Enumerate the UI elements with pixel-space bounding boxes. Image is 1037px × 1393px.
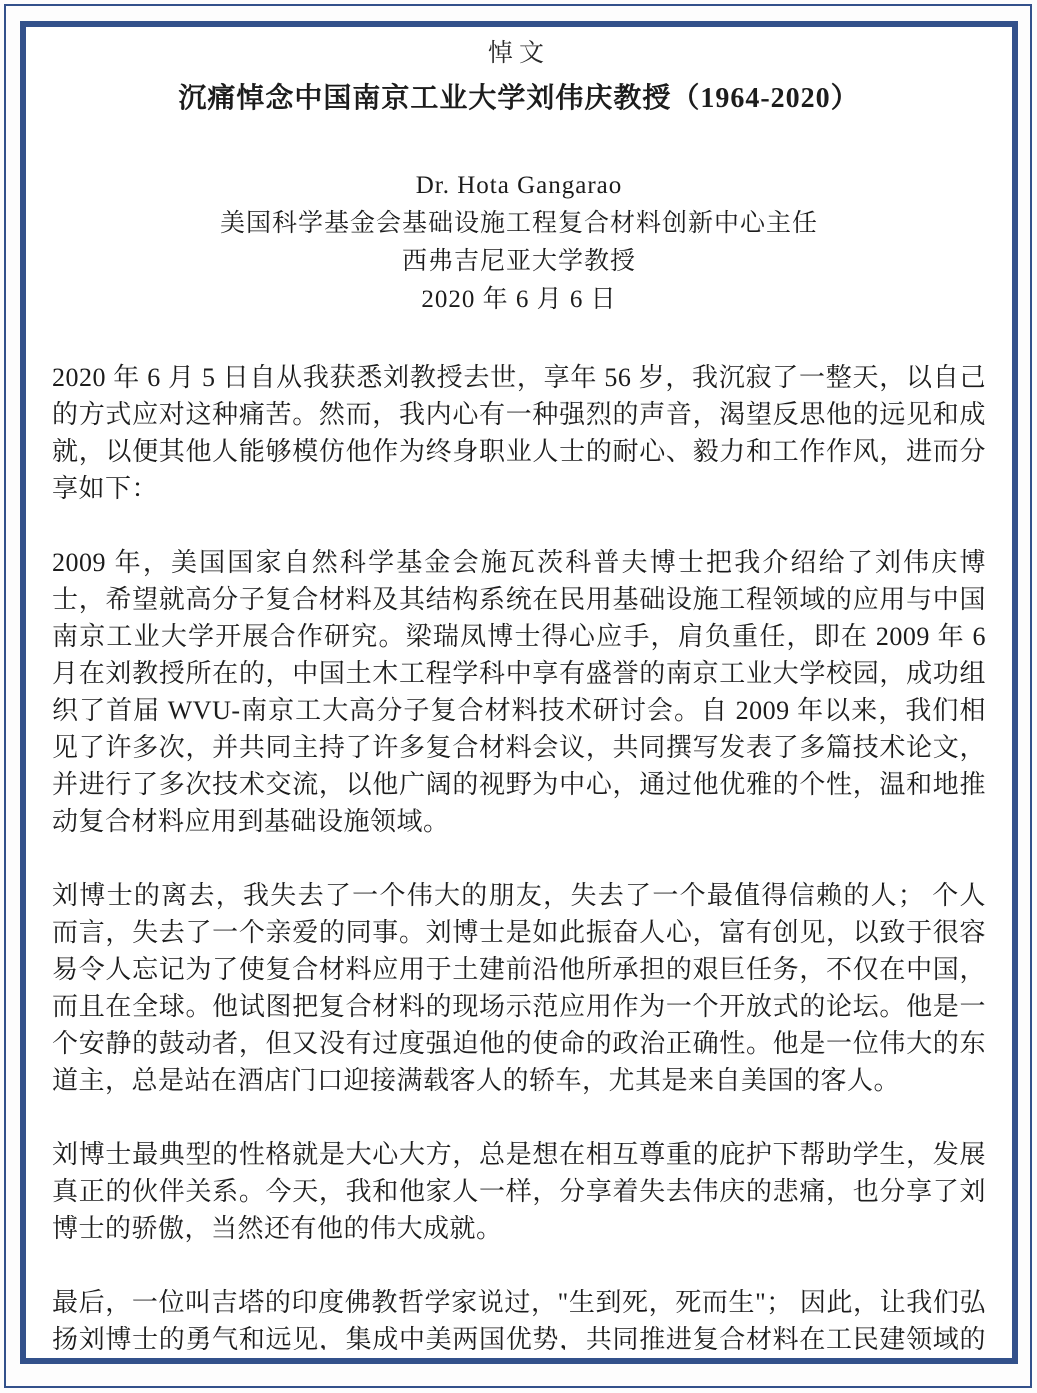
body-text: 2020 年 6 月 5 日自从我获悉刘教授去世，享年 56 岁，我沉寂了一整天… <box>52 359 986 1350</box>
memorial-document-page: { "page": { "border_color": "#33518b" },… <box>0 0 1037 1393</box>
document-content: 悼文 沉痛悼念中国南京工业大学刘伟庆教授（1964-2020） Dr. Hota… <box>52 35 986 1350</box>
body-paragraph-2: 2009 年，美国国家自然科学基金会施瓦茨科普夫博士把我介绍给了刘伟庆博士，希望… <box>52 544 986 840</box>
body-paragraph-4: 刘博士最典型的性格就是大心大方，总是想在相互尊重的庇护下帮助学生，发展真正的伙伴… <box>52 1136 986 1247</box>
document-type-label: 悼文 <box>52 35 986 73</box>
byline-block: Dr. Hota Gangarao 美国科学基金会基础设施工程复合材料创新中心主… <box>52 167 986 319</box>
body-paragraph-1: 2020 年 6 月 5 日自从我获悉刘教授去世，享年 56 岁，我沉寂了一整天… <box>52 359 986 507</box>
body-paragraph-3: 刘博士的离去，我失去了一个伟大的朋友，失去了一个最值得信赖的人； 个人而言，失去… <box>52 877 986 1099</box>
body-paragraph-5: 最后，一位叫吉塔的印度佛教哲学家说过，"生到死，死而生"； 因此，让我们弘扬刘博… <box>52 1284 986 1350</box>
document-date: 2020 年 6 月 6 日 <box>52 281 986 319</box>
author-affiliation-2: 西弗吉尼亚大学教授 <box>52 243 986 281</box>
document-title: 沉痛悼念中国南京工业大学刘伟庆教授（1964-2020） <box>52 79 986 119</box>
author-affiliation-1: 美国科学基金会基础设施工程复合材料创新中心主任 <box>52 205 986 243</box>
author-name: Dr. Hota Gangarao <box>52 167 986 205</box>
inner-border-frame: 悼文 沉痛悼念中国南京工业大学刘伟庆教授（1964-2020） Dr. Hota… <box>20 21 1018 1364</box>
